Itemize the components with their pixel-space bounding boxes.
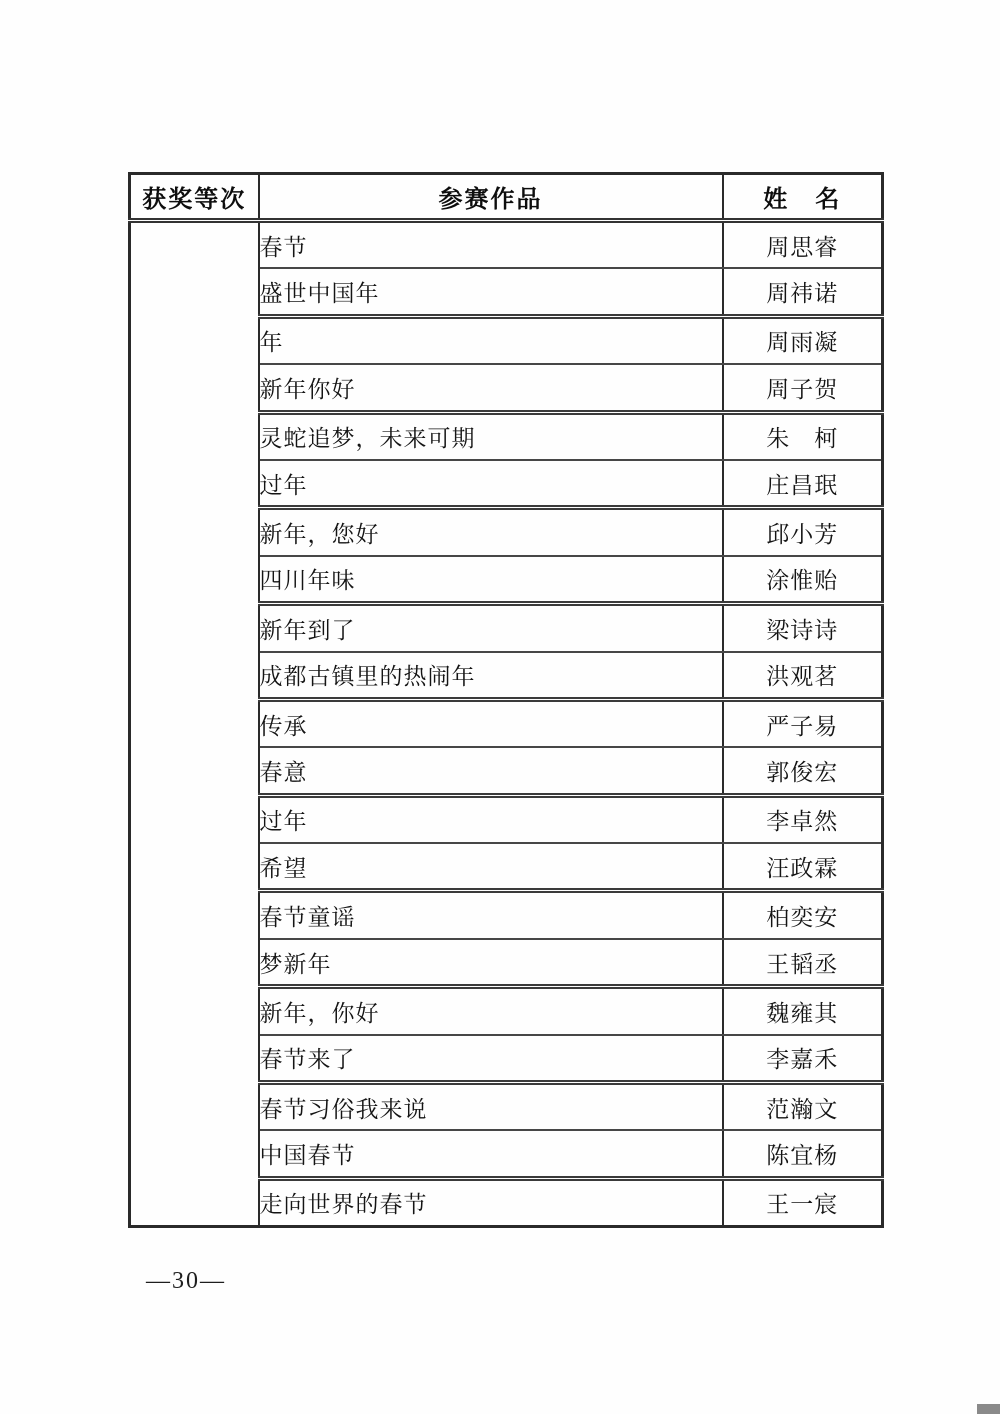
work-cell: 新年，您好	[259, 508, 723, 556]
awards-table: 获奖等次 参赛作品 姓 名 春节 周思睿 盛世中国年 周祎诺 年 周雨凝 新年你…	[128, 172, 884, 1228]
header-entry-work: 参赛作品	[259, 174, 723, 221]
name-cell: 梁诗诗	[723, 604, 883, 652]
name-cell: 王韬丞	[723, 939, 883, 987]
document-page: 获奖等次 参赛作品 姓 名 春节 周思睿 盛世中国年 周祎诺 年 周雨凝 新年你…	[0, 0, 1000, 1414]
work-cell: 灵蛇追梦，未来可期	[259, 412, 723, 460]
work-cell: 四川年味	[259, 556, 723, 604]
name-cell: 柏奕安	[723, 891, 883, 939]
work-cell: 春节童谣	[259, 891, 723, 939]
page-number: —30—	[146, 1268, 226, 1295]
name-cell: 王一宸	[723, 1178, 883, 1226]
scan-artifact-mark	[977, 1404, 1000, 1414]
work-cell: 希望	[259, 843, 723, 891]
work-cell: 春节习俗我来说	[259, 1083, 723, 1131]
name-cell: 朱 柯	[723, 412, 883, 460]
award-level-cell	[130, 221, 259, 1227]
name-cell: 周祎诺	[723, 268, 883, 316]
table-row: 春节 周思睿	[130, 221, 883, 269]
name-cell: 郭俊宏	[723, 747, 883, 795]
work-cell: 春节	[259, 221, 723, 269]
name-cell: 范瀚文	[723, 1083, 883, 1131]
name-cell: 洪观茗	[723, 652, 883, 700]
work-cell: 过年	[259, 460, 723, 508]
work-cell: 中国春节	[259, 1130, 723, 1178]
header-name: 姓 名	[723, 174, 883, 221]
work-cell: 新年，你好	[259, 987, 723, 1035]
name-cell: 周雨凝	[723, 316, 883, 364]
work-cell: 传承	[259, 699, 723, 747]
name-cell: 李卓然	[723, 795, 883, 843]
work-cell: 梦新年	[259, 939, 723, 987]
name-cell: 庄昌珉	[723, 460, 883, 508]
name-cell: 陈宜杨	[723, 1130, 883, 1178]
work-cell: 过年	[259, 795, 723, 843]
name-cell: 邱小芳	[723, 508, 883, 556]
work-cell: 走向世界的春节	[259, 1178, 723, 1226]
work-cell: 年	[259, 316, 723, 364]
name-cell: 周子贺	[723, 364, 883, 412]
name-cell: 涂惟贻	[723, 556, 883, 604]
work-cell: 新年你好	[259, 364, 723, 412]
work-cell: 成都古镇里的热闹年	[259, 652, 723, 700]
name-cell: 魏雍其	[723, 987, 883, 1035]
work-cell: 盛世中国年	[259, 268, 723, 316]
work-cell: 春意	[259, 747, 723, 795]
table-header-row: 获奖等次 参赛作品 姓 名	[130, 174, 883, 221]
name-cell: 李嘉禾	[723, 1035, 883, 1083]
work-cell: 春节来了	[259, 1035, 723, 1083]
header-award-level: 获奖等次	[130, 174, 259, 221]
name-cell: 汪政霖	[723, 843, 883, 891]
name-cell: 严子易	[723, 699, 883, 747]
name-cell: 周思睿	[723, 221, 883, 269]
work-cell: 新年到了	[259, 604, 723, 652]
